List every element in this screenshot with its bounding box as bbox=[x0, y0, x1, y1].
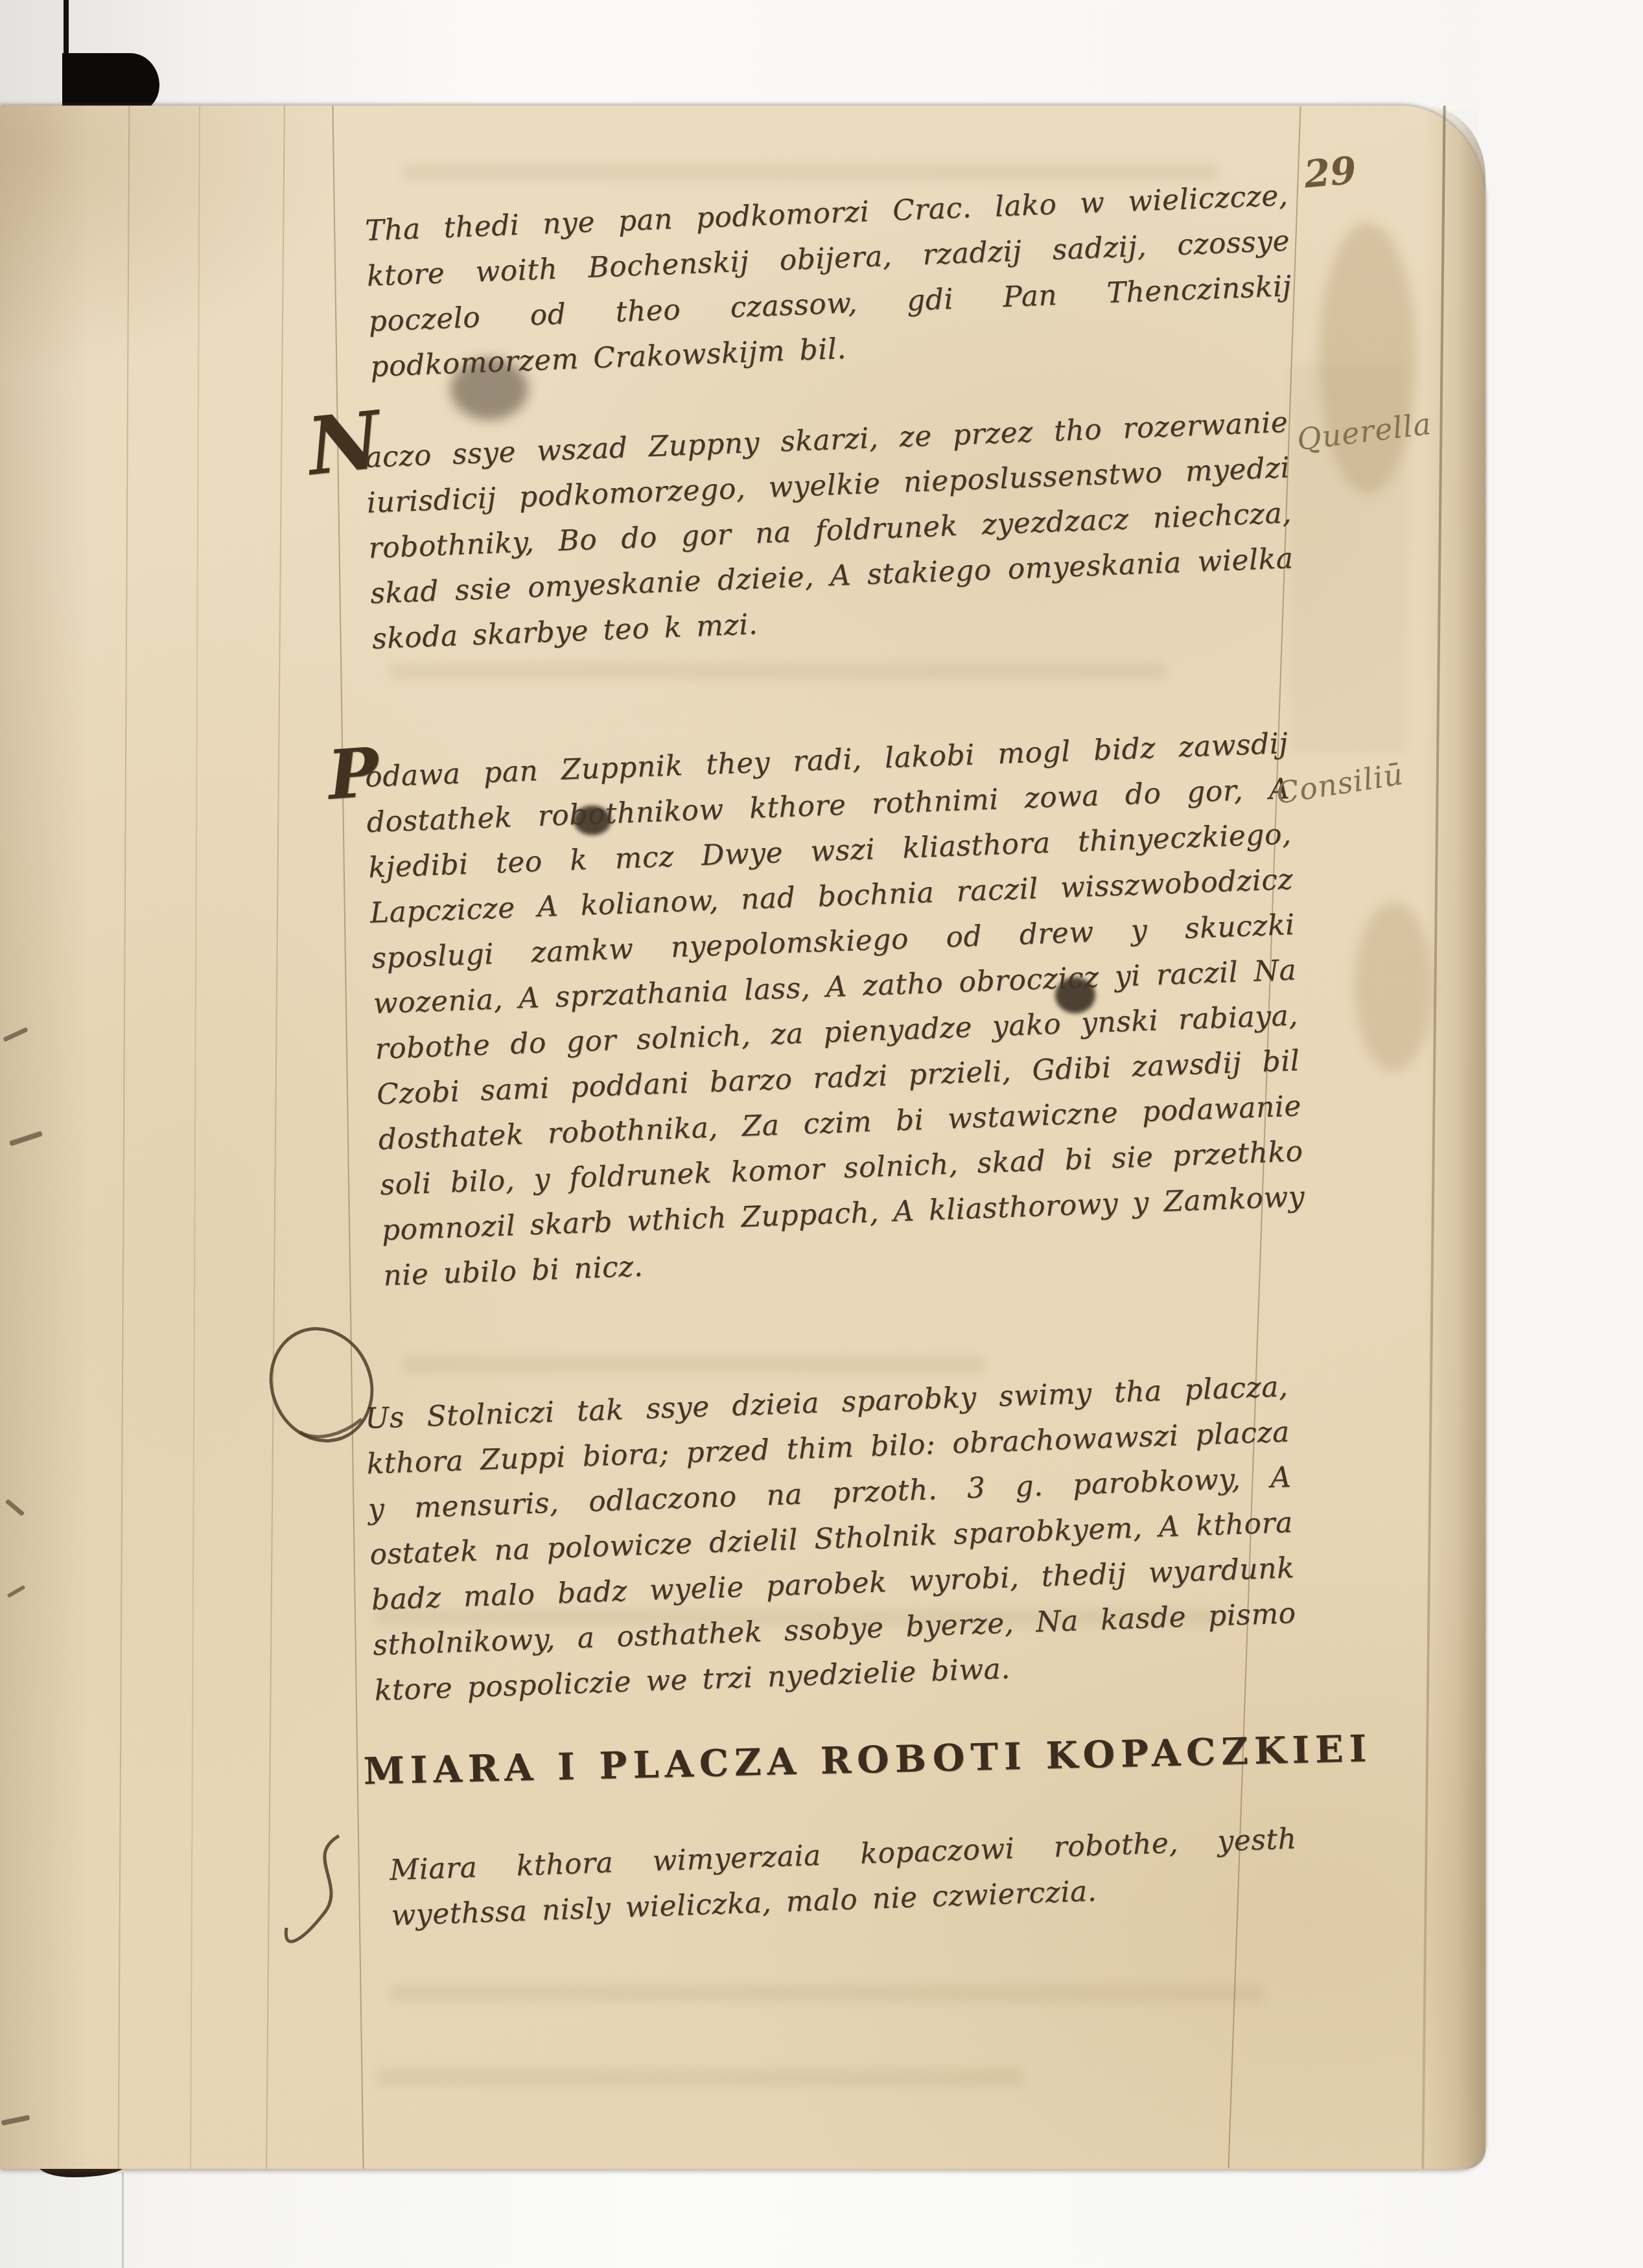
scanner-background-bottom bbox=[0, 2168, 1643, 2268]
paragraph-2: aczo ssye wszad Zuppny skarzi, ze przez … bbox=[364, 400, 1296, 662]
show-through bbox=[389, 663, 1167, 680]
stray-ink-mark bbox=[7, 1585, 26, 1598]
binding-clip-top bbox=[62, 53, 159, 114]
folio-number: 29 bbox=[1302, 148, 1358, 197]
stray-ink-mark bbox=[9, 1131, 43, 1146]
manuscript-scan: 29 Tha thedi nye pan podkomorzi Crac. la… bbox=[0, 0, 1643, 2268]
margin-flourish-icon bbox=[277, 1831, 368, 1967]
foxing-stain bbox=[1355, 903, 1432, 1071]
stray-ink-mark bbox=[3, 1027, 28, 1042]
paragraph-4: Us Stolniczi tak ssye dzieia sparobky sw… bbox=[364, 1364, 1298, 1713]
backing-sheet-edge bbox=[122, 2172, 124, 2268]
fold-line bbox=[118, 106, 130, 2169]
paragraph-3: odawa pan Zuppnik they radi, lakobi mogl… bbox=[364, 721, 1307, 1299]
show-through bbox=[402, 164, 1218, 181]
foxing-stain bbox=[1319, 222, 1416, 494]
binding-clip-stem bbox=[64, 0, 69, 60]
show-through bbox=[376, 2069, 1024, 2086]
show-through bbox=[389, 1985, 1264, 2002]
fold-line bbox=[190, 106, 200, 2169]
scanner-background-right bbox=[1478, 0, 1643, 2268]
stray-ink-mark bbox=[1, 2115, 30, 2126]
scanner-background-top bbox=[0, 0, 1643, 110]
show-through bbox=[402, 1356, 985, 1373]
margin-flourish-icon bbox=[264, 1322, 378, 1448]
paragraph-1: Tha thedi nye pan podkomorzi Crac. lako … bbox=[364, 173, 1294, 389]
stray-ink-mark bbox=[5, 1499, 25, 1516]
